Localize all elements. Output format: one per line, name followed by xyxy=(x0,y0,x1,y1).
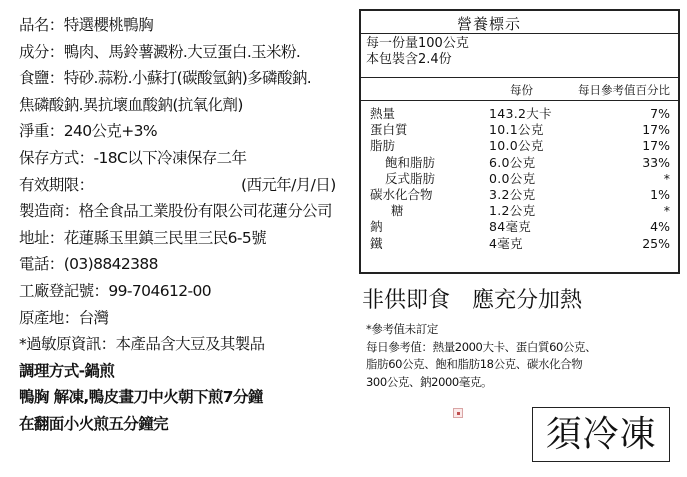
cooking-warning: 非供即食 應充分加熱 xyxy=(362,283,582,314)
serving-size: 每一份量100公克 xyxy=(366,36,678,52)
nutrition-row-calories: 熱量 143.2大卡 7% xyxy=(361,106,678,122)
nutrition-row-sugar: 糖 1.2公克 * xyxy=(361,203,678,219)
servings-per-package: 本包裝含2.4份 xyxy=(366,52,678,68)
serving-info: 每一份量100公克 本包裝含2.4份 xyxy=(361,34,678,78)
product-name: 品名：特選櫻桃鴨胸 xyxy=(19,12,359,39)
nutrient-name: 脂肪 xyxy=(370,138,395,154)
nutrient-pct: 33% xyxy=(642,155,670,171)
storage-method: 保存方式：-18C以下冷凍保存二年 xyxy=(19,145,359,172)
nutrient-pct: 7% xyxy=(650,106,670,122)
nutrient-name: 糖 xyxy=(391,203,404,219)
cooking-step-1: 鴨胸 解凍,鴨皮畫刀中火朝下煎7分鐘 xyxy=(19,384,359,411)
cooking-method: 調理方式-鍋煎 xyxy=(19,358,359,385)
cooking-step-2: 在翻面小火煎五分鐘完 xyxy=(19,411,359,438)
nutrient-value: 6.0公克 xyxy=(489,155,535,171)
nutrient-name: 鈉 xyxy=(370,219,383,235)
nutrition-facts-panel: 營養標示 每一份量100公克 本包裝含2.4份 每份 每日參考值百分比 熱量 1… xyxy=(359,9,680,274)
nutrient-name: 鐵 xyxy=(370,236,383,252)
nutrition-row-saturated-fat: 飽和脂肪 6.0公克 33% xyxy=(361,155,678,171)
nutrient-name: 碳水化合物 xyxy=(370,187,433,203)
expiry-date: 有效期限： (西元年/月/日) xyxy=(19,172,359,199)
nutrition-row-iron: 鐵 4毫克 25% xyxy=(361,236,678,252)
expiry-format: (西元年/月/日) xyxy=(241,172,336,199)
nutrient-name: 熱量 xyxy=(370,106,395,122)
product-info: 品名：特選櫻桃鴨胸 成分：鴨肉、馬鈴薯澱粉.大豆蛋白.玉米粉. 食鹽：特砂.蒜粉… xyxy=(19,12,359,438)
nutrient-value: 0.0公克 xyxy=(489,171,535,187)
note-line: 脂肪60公克、飽和脂肪18公克、碳水化合物 xyxy=(366,356,596,374)
nutrient-pct: * xyxy=(664,171,670,187)
nutrition-rows: 熱量 143.2大卡 7% 蛋白質 10.1公克 17% 脂肪 10.0公克 1… xyxy=(361,101,678,252)
nutrient-name: 反式脂肪 xyxy=(385,171,435,187)
ingredients-line-1: 成分：鴨肉、馬鈴薯澱粉.大豆蛋白.玉米粉. xyxy=(19,39,359,66)
note-line: *參考值未訂定 xyxy=(366,321,596,339)
ingredients-line-2: 食鹽：特砂.蒜粉.小蘇打(碳酸氫鈉)多磷酸鈉. xyxy=(19,65,359,92)
nutrient-pct: 1% xyxy=(650,187,670,203)
nutrient-value: 10.1公克 xyxy=(489,122,544,138)
nutrition-row-fat: 脂肪 10.0公克 17% xyxy=(361,138,678,154)
nutrition-row-protein: 蛋白質 10.1公克 17% xyxy=(361,122,678,138)
origin: 原產地：台灣 xyxy=(19,305,359,332)
net-weight: 淨重：240公克+3% xyxy=(19,118,359,145)
nutrient-pct: 4% xyxy=(650,219,670,235)
factory-registration: 工廠登記號：99-704612-00 xyxy=(19,278,359,305)
keep-frozen-badge: 須冷凍 xyxy=(532,407,670,462)
manufacturer: 製造商：格全食品工業股份有限公司花蓮分公司 xyxy=(19,198,359,225)
nutrient-name: 蛋白質 xyxy=(370,122,408,138)
note-line: 每日參考值：熱量2000大卡、蛋白質60公克、 xyxy=(366,339,596,357)
small-plus-icon xyxy=(453,408,463,418)
nutrient-value: 10.0公克 xyxy=(489,138,544,154)
address: 地址：花蓮縣玉里鎮三民里三民6-5號 xyxy=(19,225,359,252)
nutrient-name: 飽和脂肪 xyxy=(385,155,435,171)
nutrient-pct: * xyxy=(664,203,670,219)
nutrition-title: 營養標示 xyxy=(457,13,521,34)
nutrition-row-carbohydrate: 碳水化合物 3.2公克 1% xyxy=(361,187,678,203)
nutrient-value: 1.2公克 xyxy=(489,203,535,219)
nutrition-row-sodium: 鈉 84毫克 4% xyxy=(361,219,678,235)
nutrient-pct: 17% xyxy=(642,122,670,138)
expiry-label: 有效期限： xyxy=(19,176,94,194)
note-line: 300公克、鈉2000毫克。 xyxy=(366,374,596,392)
nutrient-value: 84毫克 xyxy=(489,219,531,235)
nutrition-row-trans-fat: 反式脂肪 0.0公克 * xyxy=(361,171,678,187)
ingredients-line-3: 焦磷酸鈉.異抗壞血酸鈉(抗氧化劑) xyxy=(19,92,359,119)
nutrient-value: 143.2大卡 xyxy=(489,106,552,122)
phone: 電話：(03)8842388 xyxy=(19,251,359,278)
allergen-info: *過敏原資訊：本產品含大豆及其製品 xyxy=(19,331,359,358)
nutrient-pct: 17% xyxy=(642,138,670,154)
nutrition-header-row: 每份 每日參考值百分比 xyxy=(361,78,678,101)
daily-value-header: 每日參考值百分比 xyxy=(578,82,670,98)
reference-notes: *參考值未訂定 每日參考值：熱量2000大卡、蛋白質60公克、 脂肪60公克、飽… xyxy=(366,321,596,391)
nutrient-value: 4毫克 xyxy=(489,236,523,252)
per-serving-header: 每份 xyxy=(510,82,533,98)
nutrition-title-row: 營養標示 xyxy=(361,11,678,34)
nutrient-pct: 25% xyxy=(642,236,670,252)
nutrient-value: 3.2公克 xyxy=(489,187,535,203)
